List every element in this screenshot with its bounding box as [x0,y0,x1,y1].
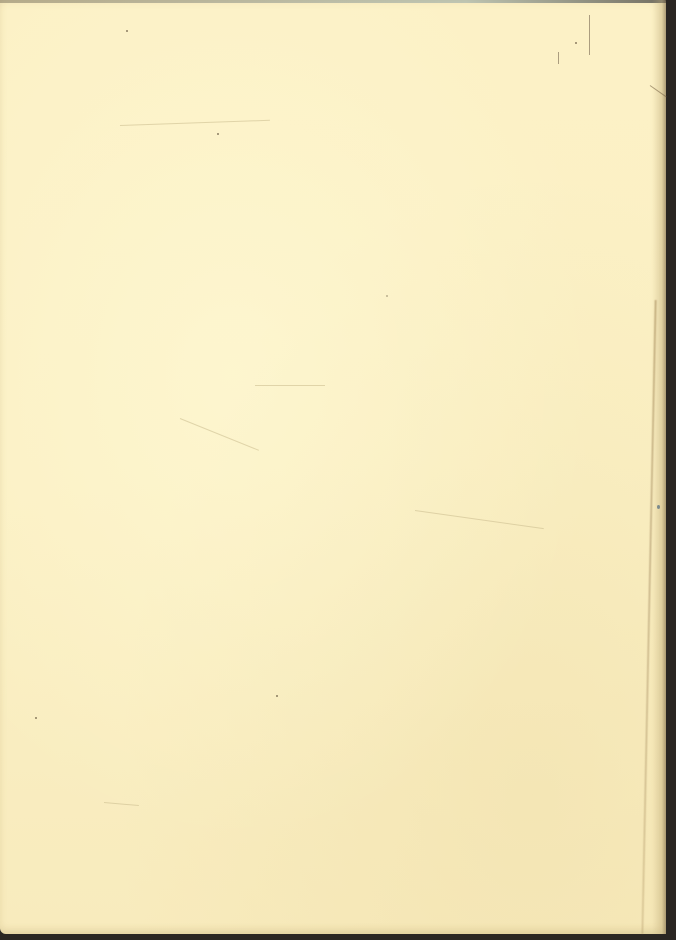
scanned-page [0,0,676,940]
blank-paper-sheet [0,0,666,934]
page-text [0,0,666,934]
